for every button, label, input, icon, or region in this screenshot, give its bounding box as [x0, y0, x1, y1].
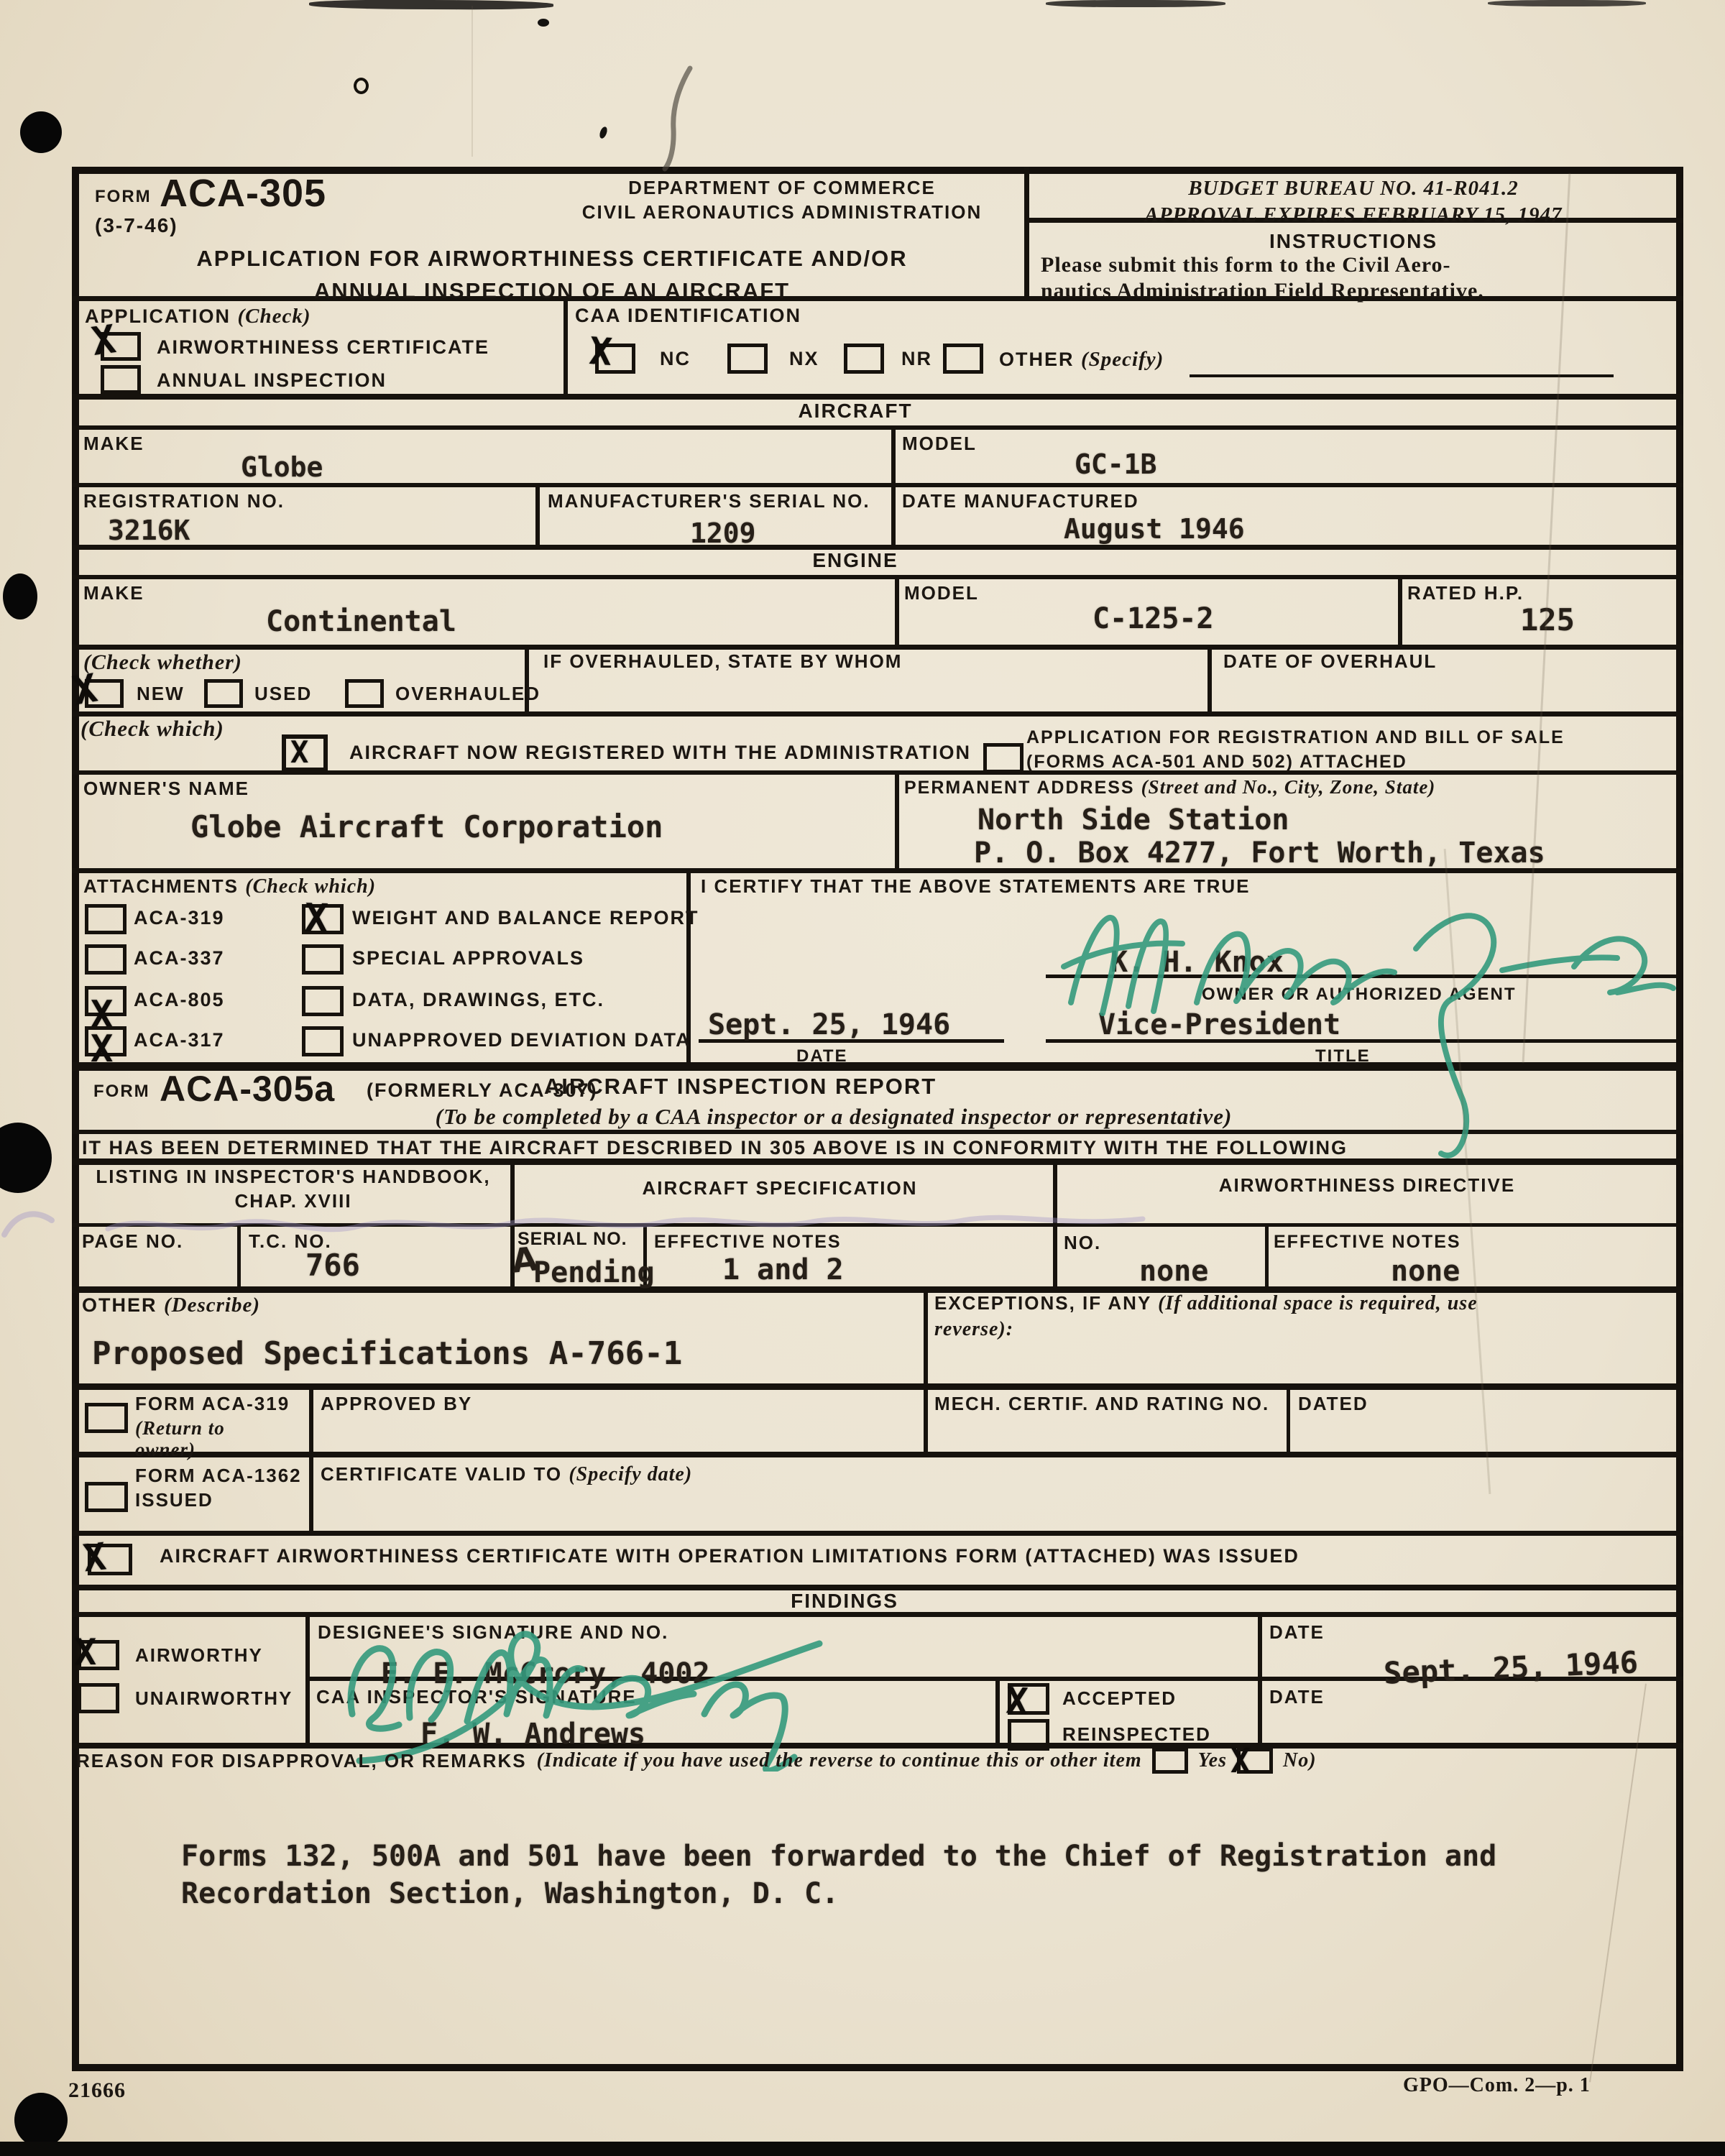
- divider: [72, 1383, 1683, 1390]
- label-engine-used: USED: [254, 683, 312, 705]
- pen-stroke-artifact: [650, 65, 708, 172]
- signature-stroke: [1416, 916, 1494, 1155]
- footer-gpo: GPO—Com. 2—p. 1: [1403, 2074, 1591, 2097]
- label-issued: ISSUED: [135, 1489, 213, 1511]
- checkmark-reverse-no: X: [1230, 1741, 1251, 1780]
- approved-by-label: APPROVED BY: [321, 1393, 472, 1415]
- divider: [72, 1531, 1683, 1536]
- pen-stroke: [665, 68, 690, 169]
- caa-identification-label: CAA IDENTIFICATION: [575, 305, 801, 327]
- exceptions-text: EXCEPTIONS, IF ANY: [934, 1292, 1151, 1314]
- divider: [72, 645, 1683, 650]
- checkmark-airworthy: X: [75, 1631, 96, 1673]
- checkbox-form-aca-319: [85, 1403, 128, 1433]
- checkbox-reverse-no: X: [1237, 1748, 1273, 1774]
- checkbox-nx: [727, 344, 768, 374]
- divider: [305, 1612, 310, 1747]
- label-nc: NC: [660, 348, 691, 370]
- department-line2: CIVIL AERONAUTICS ADMINISTRATION: [582, 201, 983, 224]
- label-owner-paren: owner): [135, 1439, 195, 1461]
- label-unapproved-deviation: UNAPPROVED DEVIATION DATA: [352, 1029, 691, 1051]
- aircraft-make-value: Globe: [241, 451, 323, 483]
- checkmark-registered: X: [290, 734, 308, 770]
- report-form-number: ACA-305a: [160, 1068, 335, 1110]
- attachments-label-italic: (Check which): [245, 875, 376, 898]
- aircraft-model-label: MODEL: [902, 433, 977, 455]
- reason-for-disapproval-row: REASON FOR DISAPPROVAL, OR REMARKS (Indi…: [76, 1748, 1317, 1774]
- application-label-italic: (Check): [238, 305, 311, 328]
- engine-model-label: MODEL: [904, 582, 979, 604]
- scan-speck: [354, 78, 369, 94]
- attachments-label-text: ATTACHMENTS: [83, 875, 239, 897]
- signature-stroke: [1574, 939, 1673, 992]
- label-annual-inspection: ANNUAL INSPECTION: [157, 369, 387, 392]
- faded-ink-stroke: [4, 1214, 52, 1235]
- faded-ink-stroke: [108, 1217, 1143, 1229]
- mfr-serial-label: MANUFACTURER'S SERIAL NO.: [548, 490, 870, 512]
- hole-punch: [0, 1123, 52, 1193]
- label-unairworthy: UNAIRWORTHY: [135, 1687, 293, 1710]
- spec-header: AIRCRAFT SPECIFICATION: [643, 1177, 918, 1199]
- label-aca-317: ACA-317: [134, 1029, 225, 1051]
- listing-header-line1: LISTING IN INSPECTOR'S HANDBOOK,: [96, 1166, 490, 1188]
- checkmark-aca-317: X: [91, 1028, 113, 1071]
- aircraft-model-value: GC-1B: [1075, 448, 1156, 480]
- checkbox-unapproved-deviation: [302, 1026, 344, 1056]
- owner-name-label: OWNER'S NAME: [83, 778, 249, 800]
- mfr-serial-value: 1209: [690, 517, 756, 549]
- divider: [995, 1677, 1000, 1747]
- checkbox-form-aca-1362: [85, 1482, 128, 1512]
- report-subtitle: (To be completed by a CAA inspector or a…: [436, 1104, 1233, 1130]
- checkbox-engine-overhauled: [345, 679, 384, 708]
- signature-stroke: [1502, 957, 1617, 970]
- checkbox-other: [943, 344, 983, 374]
- label-bill-of-sale-line1: APPLICATION FOR REGISTRATION AND BILL OF…: [1026, 727, 1565, 748]
- label-reinspected: REINSPECTED: [1062, 1723, 1211, 1746]
- other-label-text: OTHER: [82, 1294, 157, 1316]
- mech-certif-label: MECH. CERTIF. AND RATING NO.: [934, 1393, 1269, 1415]
- remarks-line2: Recordation Section, Washington, D. C.: [181, 1877, 839, 1910]
- other-text: OTHER: [999, 349, 1075, 370]
- label-bill-of-sale-line2: (FORMS ACA-501 AND 502) ATTACHED: [1026, 752, 1407, 773]
- divider: [1258, 1612, 1262, 1747]
- divider: [309, 1383, 313, 1534]
- checkbox-unairworthy: [78, 1683, 119, 1713]
- divider: [72, 425, 1683, 430]
- faded-ink-annotation: [0, 1202, 57, 1245]
- label-other: OTHER (Specify): [999, 348, 1164, 372]
- valid-to-text: CERTIFICATE VALID TO: [321, 1463, 562, 1485]
- form-number-prefix: FORM: [95, 187, 152, 207]
- label-weight-balance: WEIGHT AND BALANCE REPORT: [352, 907, 699, 929]
- divider: [72, 711, 1683, 717]
- other-describe-label: OTHER (Describe): [82, 1294, 260, 1317]
- owner-address-line2: P. O. Box 4277, Fort Worth, Texas: [974, 837, 1545, 870]
- checkmark-accepted: X: [1006, 1680, 1029, 1722]
- divider: [72, 575, 1683, 579]
- checkbox-engine-used: [204, 679, 243, 708]
- checkbox-annual-inspection: [101, 365, 141, 394]
- divider: [924, 1286, 928, 1457]
- label-return-to: (Return to: [135, 1417, 225, 1439]
- divider: [535, 483, 540, 548]
- scan-smudge: [1488, 0, 1646, 6]
- signature-stroke: [593, 1678, 694, 1715]
- faded-ink-annotation: [101, 1199, 1150, 1249]
- divider: [72, 394, 1683, 400]
- valid-to-italic: (Specify date): [569, 1463, 692, 1485]
- label-aca-805: ACA-805: [134, 989, 225, 1011]
- divider: [891, 425, 896, 548]
- signature-stroke: [1071, 918, 1117, 1013]
- engine-make-label: MAKE: [83, 582, 144, 604]
- checkbox-reverse-yes: [1152, 1748, 1188, 1774]
- divider: [1265, 1223, 1269, 1289]
- form-title-line2: ANNUAL INSPECTION OF AN AIRCRAFT: [314, 278, 790, 304]
- divider: [1287, 1383, 1290, 1455]
- directive-notes-label: EFFECTIVE NOTES: [1274, 1232, 1461, 1253]
- scan-speck: [598, 126, 608, 139]
- hole-punch: [20, 111, 62, 153]
- label-airworthy: AIRWORTHY: [135, 1644, 263, 1667]
- exceptions-label-line1: EXCEPTIONS, IF ANY (If additional space …: [934, 1292, 1478, 1315]
- report-determination: IT HAS BEEN DETERMINED THAT THE AIRCRAFT…: [82, 1137, 1348, 1159]
- budget-bureau-no: BUDGET BUREAU NO. 41-R041.2: [1188, 177, 1519, 201]
- form-title-line1: APPLICATION FOR AIRWORTHINESS CERTIFICAT…: [196, 246, 907, 272]
- divider: [895, 575, 899, 647]
- instructions-title: INSTRUCTIONS: [1269, 230, 1437, 253]
- certificate-valid-to-label: CERTIFICATE VALID TO (Specify date): [321, 1463, 692, 1486]
- date-manufactured-value: August 1946: [1064, 513, 1245, 545]
- paper-crease: [471, 6, 473, 157]
- instructions-line2: nautics Administration Field Representat…: [1041, 279, 1484, 303]
- directive-no-value: none: [1139, 1255, 1208, 1288]
- checkbox-aca-337: [85, 944, 126, 975]
- label-reverse-yes: Yes: [1198, 1749, 1227, 1772]
- checkbox-nr: [844, 344, 884, 374]
- label-aca-319: ACA-319: [134, 907, 225, 929]
- label-nr: NR: [901, 348, 932, 370]
- reason-label-italic: (Indicate if you have used the reverse t…: [537, 1749, 1142, 1772]
- engine-banner: ENGINE: [812, 549, 898, 572]
- scan-smudge: [309, 0, 553, 10]
- label-nx: NX: [789, 348, 819, 370]
- instructions-line1: Please submit this form to the Civil Aer…: [1041, 253, 1451, 277]
- label-accepted: ACCEPTED: [1062, 1687, 1177, 1710]
- tc-no-value: 766: [305, 1248, 360, 1283]
- scanned-form-page: FORM ACA-305 (3-7-46) DEPARTMENT OF COMM…: [0, 0, 1725, 2156]
- dated-label: DATED: [1298, 1393, 1368, 1415]
- directive-header: AIRWORTHINESS DIRECTIVE: [1219, 1174, 1515, 1197]
- other-value: Proposed Specifications A-766-1: [92, 1335, 682, 1372]
- check-which-label: (Check which): [80, 716, 224, 742]
- findings-date-label-bottom: DATE: [1269, 1686, 1325, 1708]
- label-form-aca-1362: FORM ACA-1362: [135, 1465, 302, 1487]
- label-special-approvals: SPECIAL APPROVALS: [352, 947, 584, 969]
- divider: [895, 770, 899, 871]
- department-line1: DEPARTMENT OF COMMERCE: [628, 177, 936, 199]
- check-whether-label: (Check whether): [83, 650, 242, 675]
- registration-no-label: REGISTRATION NO.: [83, 490, 285, 512]
- checkbox-aca-319: [85, 904, 126, 934]
- directive-notes-value: none: [1391, 1255, 1460, 1288]
- other-label-italic: (Describe): [164, 1294, 260, 1317]
- report-form-prefix: FORM: [93, 1082, 150, 1102]
- address-label-italic: (Street and No., City, Zone, State): [1141, 776, 1436, 798]
- engine-model-value: C-125-2: [1092, 602, 1214, 635]
- label-airworthiness-certificate: AIRWORTHINESS CERTIFICATE: [157, 336, 489, 359]
- date-of-overhaul-label: DATE OF OVERHAUL: [1223, 650, 1437, 673]
- overhauled-by-whom-label: IF OVERHAULED, STATE BY WHOM: [543, 650, 902, 673]
- checkmark-weight-balance: X: [304, 895, 329, 941]
- scan-speck: [538, 19, 549, 27]
- divider: [1398, 575, 1402, 647]
- divider: [563, 296, 568, 397]
- form-edition-date: (3-7-46): [95, 214, 178, 237]
- registration-no-value: 3216K: [108, 515, 190, 546]
- approval-expires: APPROVAL EXPIRES FEBRUARY 15, 1947: [1144, 203, 1562, 227]
- checkbox-data-drawings: [302, 986, 344, 1016]
- divider: [72, 1452, 1683, 1457]
- findings-date-label-top: DATE: [1269, 1621, 1325, 1644]
- label-engine-new: NEW: [137, 683, 185, 705]
- divider: [1024, 167, 1029, 301]
- checkmark-nc: X: [588, 330, 613, 374]
- label-aca-337: ACA-337: [134, 947, 225, 969]
- divider: [1207, 645, 1212, 714]
- label-registered: AIRCRAFT NOW REGISTERED WITH THE ADMINIS…: [349, 742, 971, 764]
- scan-smudge: [1046, 0, 1225, 7]
- checkbox-bill-of-sale: [983, 743, 1023, 773]
- report-title: AIRCRAFT INSPECTION REPORT: [544, 1074, 937, 1100]
- aircraft-banner: AIRCRAFT: [798, 400, 912, 423]
- form-number: ACA-305: [160, 171, 326, 216]
- label-engine-overhauled: OVERHAULED: [395, 683, 540, 705]
- certify-date-caption: DATE: [796, 1046, 848, 1067]
- attachments-label: ATTACHMENTS (Check which): [83, 875, 376, 898]
- engine-make-value: Continental: [266, 605, 456, 638]
- signature-stroke: [351, 1649, 399, 1728]
- owner-address-line1: North Side Station: [977, 803, 1289, 837]
- scan-edge-bar: [0, 2142, 1725, 2156]
- hole-punch: [14, 2093, 68, 2147]
- owner-name-value: Globe Aircraft Corporation: [190, 809, 663, 844]
- label-form-aca-319: FORM ACA-319: [135, 1393, 290, 1415]
- aircraft-make-label: MAKE: [83, 433, 144, 455]
- other-specify-line: [1190, 374, 1614, 377]
- reason-label: REASON FOR DISAPPROVAL, OR REMARKS: [76, 1750, 527, 1772]
- label-certificate-issued: AIRCRAFT AIRWORTHINESS CERTIFICATE WITH …: [160, 1545, 1299, 1567]
- checkmark-certificate-issued: X: [81, 1536, 108, 1581]
- certify-date-value: Sept. 25, 1946: [708, 1008, 950, 1041]
- signature-stroke: [1128, 921, 1166, 1011]
- checkbox-special-approvals: [302, 944, 344, 975]
- remarks-line1: Forms 132, 500A and 501 have been forwar…: [181, 1840, 1496, 1873]
- footer-serial: 21666: [68, 2078, 126, 2103]
- checkbox-reinspected: [1008, 1719, 1049, 1751]
- label-reverse-no: No): [1283, 1749, 1317, 1772]
- signature-stroke: [1197, 934, 1394, 1003]
- exceptions-italic: (If additional space is required, use: [1158, 1292, 1478, 1314]
- exceptions-label-line2: reverse):: [934, 1318, 1013, 1341]
- rated-hp-label: RATED H.P.: [1407, 582, 1524, 604]
- divider: [72, 483, 1683, 487]
- application-section-label: APPLICATION (Check): [85, 305, 311, 328]
- permanent-address-label: PERMANENT ADDRESS (Street and No., City,…: [904, 776, 1435, 798]
- divider: [72, 1612, 1683, 1617]
- hole-punch: [3, 573, 37, 619]
- label-data-drawings: DATA, DRAWINGS, ETC.: [352, 989, 604, 1011]
- effective-notes-value: 1 and 2: [722, 1253, 844, 1286]
- signature-stroke: [409, 1652, 450, 1720]
- designee-signature-ink: [316, 1592, 862, 1772]
- serial-value: Pending: [533, 1256, 655, 1289]
- other-specify-italic: (Specify): [1081, 348, 1164, 371]
- address-label-text: PERMANENT ADDRESS: [904, 778, 1135, 798]
- date-manufactured-label: DATE MANUFACTURED: [902, 490, 1139, 512]
